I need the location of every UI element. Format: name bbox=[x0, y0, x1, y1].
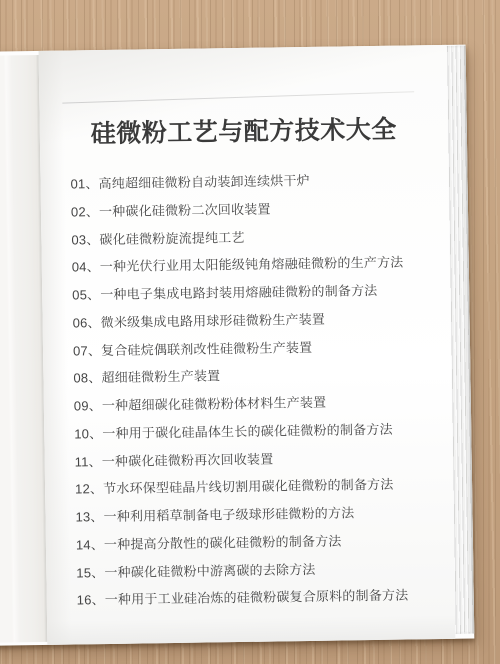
header-rule-line bbox=[62, 91, 414, 103]
list-item: 10、一种用于碳化硅晶体生长的碳化硅微粉的制备方法 bbox=[74, 415, 444, 448]
patent-list: 01、高纯超细硅微粉自动装卸连续烘干炉02、一种碳化硅微粉二次回收装置03、碳化… bbox=[70, 165, 447, 614]
book: 硅微粉工艺与配方技术大全 01、高纯超细硅微粉自动装卸连续烘干炉02、一种碳化硅… bbox=[0, 45, 474, 646]
list-item: 16、一种用于工业硅冶炼的硅微粉碳复合原料的制备方法 bbox=[77, 581, 447, 614]
page-title: 硅微粉工艺与配方技术大全 bbox=[40, 113, 448, 152]
list-item: 12、节水环保型硅晶片线切割用碳化硅微粉的制备方法 bbox=[75, 470, 445, 503]
wooden-table-background: 硅微粉工艺与配方技术大全 01、高纯超细硅微粉自动装卸连续烘干炉02、一种碳化硅… bbox=[0, 0, 500, 664]
list-item: 04、一种光伏行业用太阳能级钝角熔融硅微粉的生产方法 bbox=[72, 248, 442, 281]
book-page: 硅微粉工艺与配方技术大全 01、高纯超细硅微粉自动装卸连续烘干炉02、一种碳化硅… bbox=[39, 45, 456, 645]
